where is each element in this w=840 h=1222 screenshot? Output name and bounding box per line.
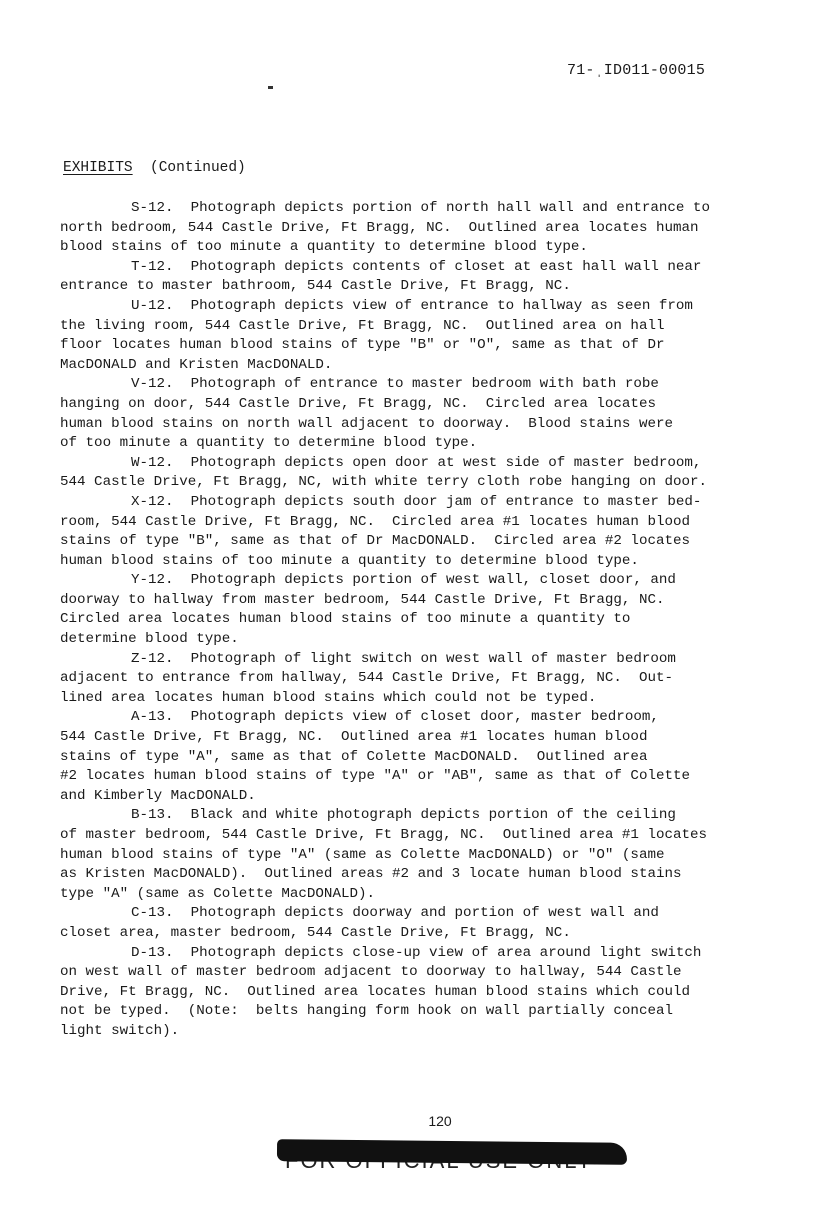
exhibit-first-line: C-13. Photograph depicts doorway and por… bbox=[60, 904, 800, 924]
exhibit-entry: S-12. Photograph depicts portion of nort… bbox=[60, 199, 800, 258]
exhibit-line: not be typed. (Note: belts hanging form … bbox=[60, 1002, 800, 1022]
document-id: 71-ˌID011-00015 bbox=[567, 62, 705, 79]
exhibit-line: room, 544 Castle Drive, Ft Bragg, NC. Ci… bbox=[60, 513, 800, 533]
exhibit-line: 544 Castle Drive, Ft Bragg, NC, with whi… bbox=[60, 473, 800, 493]
redaction-bar bbox=[277, 1139, 627, 1165]
exhibit-text: Black and white photograph depicts porti… bbox=[191, 807, 676, 823]
exhibit-text: Photograph depicts open door at west sid… bbox=[191, 455, 702, 471]
exhibit-text: Drive, Ft Bragg, NC. Outlined area locat… bbox=[60, 984, 690, 1000]
exhibit-entry: Z-12. Photograph of light switch on west… bbox=[60, 650, 800, 709]
exhibit-line: the living room, 544 Castle Drive, Ft Br… bbox=[60, 317, 800, 337]
exhibit-first-line: T-12. Photograph depicts contents of clo… bbox=[60, 258, 800, 278]
exhibit-text: adjacent to entrance from hallway, 544 C… bbox=[60, 670, 673, 686]
exhibit-first-line: B-13. Black and white photograph depicts… bbox=[60, 806, 800, 826]
exhibit-text: Photograph depicts portion of north hall… bbox=[191, 200, 710, 216]
exhibit-line: stains of type "B", same as that of Dr M… bbox=[60, 532, 800, 552]
exhibit-line: MacDONALD and Kristen MacDONALD. bbox=[60, 356, 800, 376]
exhibit-text: Photograph of entrance to master bedroom… bbox=[191, 376, 659, 392]
exhibit-text: and Kimberly MacDONALD. bbox=[60, 788, 256, 804]
exhibit-line: #2 locates human blood stains of type "A… bbox=[60, 767, 800, 787]
exhibit-line: lined area locates human blood stains wh… bbox=[60, 689, 800, 709]
exhibit-text: Photograph depicts close-up view of area… bbox=[191, 945, 702, 961]
exhibit-text: the living room, 544 Castle Drive, Ft Br… bbox=[60, 318, 665, 334]
exhibit-line: of too minute a quantity to determine bl… bbox=[60, 434, 800, 454]
exhibit-line: Circled area locates human blood stains … bbox=[60, 610, 800, 630]
exhibit-entry: V-12. Photograph of entrance to master b… bbox=[60, 375, 800, 453]
exhibit-line: stains of type "A", same as that of Cole… bbox=[60, 748, 800, 768]
exhibit-text: floor locates human blood stains of type… bbox=[60, 337, 665, 353]
exhibit-first-line: U-12. Photograph depicts view of entranc… bbox=[60, 297, 800, 317]
exhibit-text: on west wall of master bedroom adjacent … bbox=[60, 964, 682, 980]
exhibit-text: human blood stains of type "A" (same as … bbox=[60, 847, 665, 863]
exhibit-line: 544 Castle Drive, Ft Bragg, NC. Outlined… bbox=[60, 728, 800, 748]
exhibit-line: human blood stains on north wall adjacen… bbox=[60, 415, 800, 435]
exhibit-entry: W-12. Photograph depicts open door at we… bbox=[60, 454, 800, 493]
exhibit-first-line: V-12. Photograph of entrance to master b… bbox=[60, 375, 800, 395]
exhibit-text: of too minute a quantity to determine bl… bbox=[60, 435, 477, 451]
section-title: EXHIBITS bbox=[63, 160, 133, 176]
exhibit-line: Drive, Ft Bragg, NC. Outlined area locat… bbox=[60, 983, 800, 1003]
exhibit-text: stains of type "B", same as that of Dr M… bbox=[60, 533, 690, 549]
exhibit-label: D-13. bbox=[131, 945, 174, 961]
section-heading: EXHIBITS (Continued) bbox=[63, 160, 246, 176]
exhibit-line: of master bedroom, 544 Castle Drive, Ft … bbox=[60, 826, 800, 846]
exhibit-line: closet area, master bedroom, 544 Castle … bbox=[60, 924, 800, 944]
exhibit-label: T-12. bbox=[131, 259, 174, 275]
exhibit-text: type "A" (same as Colette MacDONALD). bbox=[60, 886, 375, 902]
exhibit-text: Photograph depicts portion of west wall,… bbox=[191, 572, 676, 588]
exhibit-line: and Kimberly MacDONALD. bbox=[60, 787, 800, 807]
exhibit-label: A-13. bbox=[131, 709, 174, 725]
exhibit-first-line: X-12. Photograph depicts south door jam … bbox=[60, 493, 800, 513]
exhibit-text: of master bedroom, 544 Castle Drive, Ft … bbox=[60, 827, 707, 843]
exhibit-text: as Kristen MacDONALD). Outlined areas #2… bbox=[60, 866, 682, 882]
exhibit-first-line: D-13. Photograph depicts close-up view o… bbox=[60, 944, 800, 964]
exhibit-text: lined area locates human blood stains wh… bbox=[60, 690, 596, 706]
exhibit-text: entrance to master bathroom, 544 Castle … bbox=[60, 278, 571, 294]
exhibit-line: adjacent to entrance from hallway, 544 C… bbox=[60, 669, 800, 689]
exhibit-label: B-13. bbox=[131, 807, 174, 823]
exhibit-text: Photograph of light switch on west wall … bbox=[191, 651, 676, 667]
exhibit-text: Photograph depicts view of entrance to h… bbox=[191, 298, 693, 314]
exhibit-line: on west wall of master bedroom adjacent … bbox=[60, 963, 800, 983]
exhibit-text: 544 Castle Drive, Ft Bragg, NC, with whi… bbox=[60, 474, 707, 490]
page-number: 120 bbox=[0, 1113, 840, 1129]
exhibit-first-line: S-12. Photograph depicts portion of nort… bbox=[60, 199, 800, 219]
exhibit-text: Circled area locates human blood stains … bbox=[60, 611, 630, 627]
exhibit-label: W-12. bbox=[131, 455, 174, 471]
exhibit-entry: D-13. Photograph depicts close-up view o… bbox=[60, 944, 800, 1042]
exhibit-line: human blood stains of too minute a quant… bbox=[60, 552, 800, 572]
exhibit-text: light switch). bbox=[60, 1023, 179, 1039]
exhibit-text: north bedroom, 544 Castle Drive, Ft Brag… bbox=[60, 220, 699, 236]
exhibit-text: room, 544 Castle Drive, Ft Bragg, NC. Ci… bbox=[60, 514, 690, 530]
exhibit-line: floor locates human blood stains of type… bbox=[60, 336, 800, 356]
exhibit-line: light switch). bbox=[60, 1022, 800, 1042]
exhibit-line: type "A" (same as Colette MacDONALD). bbox=[60, 885, 800, 905]
scan-mark bbox=[268, 86, 273, 89]
exhibit-entry: X-12. Photograph depicts south door jam … bbox=[60, 493, 800, 571]
exhibit-first-line: W-12. Photograph depicts open door at we… bbox=[60, 454, 800, 474]
exhibit-entry: Y-12. Photograph depicts portion of west… bbox=[60, 571, 800, 649]
exhibit-line: determine blood type. bbox=[60, 630, 800, 650]
exhibit-text: human blood stains of too minute a quant… bbox=[60, 553, 639, 569]
exhibit-entry: B-13. Black and white photograph depicts… bbox=[60, 806, 800, 904]
exhibit-entry: U-12. Photograph depicts view of entranc… bbox=[60, 297, 800, 375]
exhibit-text: human blood stains on north wall adjacen… bbox=[60, 416, 673, 432]
exhibit-label: U-12. bbox=[131, 298, 174, 314]
exhibit-label: Y-12. bbox=[131, 572, 174, 588]
exhibit-label: C-13. bbox=[131, 905, 174, 921]
exhibit-text: Photograph depicts view of closet door, … bbox=[191, 709, 659, 725]
exhibit-entry: A-13. Photograph depicts view of closet … bbox=[60, 708, 800, 806]
exhibit-text: closet area, master bedroom, 544 Castle … bbox=[60, 925, 571, 941]
exhibit-line: human blood stains of type "A" (same as … bbox=[60, 846, 800, 866]
exhibit-label: V-12. bbox=[131, 376, 174, 392]
exhibit-text: determine blood type. bbox=[60, 631, 239, 647]
exhibit-line: hanging on door, 544 Castle Drive, Ft Br… bbox=[60, 395, 800, 415]
exhibit-text: 544 Castle Drive, Ft Bragg, NC. Outlined… bbox=[60, 729, 647, 745]
exhibit-text: Photograph depicts south door jam of ent… bbox=[191, 494, 702, 510]
exhibit-text: stains of type "A", same as that of Cole… bbox=[60, 749, 647, 765]
exhibit-entry: T-12. Photograph depicts contents of clo… bbox=[60, 258, 800, 297]
exhibit-text: doorway to hallway from master bedroom, … bbox=[60, 592, 665, 608]
exhibit-text: #2 locates human blood stains of type "A… bbox=[60, 768, 690, 784]
exhibit-text: hanging on door, 544 Castle Drive, Ft Br… bbox=[60, 396, 656, 412]
exhibit-first-line: A-13. Photograph depicts view of closet … bbox=[60, 708, 800, 728]
exhibit-list: S-12. Photograph depicts portion of nort… bbox=[60, 199, 800, 1042]
exhibit-line: blood stains of too minute a quantity to… bbox=[60, 238, 800, 258]
exhibit-label: Z-12. bbox=[131, 651, 174, 667]
exhibit-label: S-12. bbox=[131, 200, 174, 216]
exhibit-label: X-12. bbox=[131, 494, 174, 510]
exhibit-entry: C-13. Photograph depicts doorway and por… bbox=[60, 904, 800, 943]
exhibit-text: Photograph depicts doorway and portion o… bbox=[191, 905, 659, 921]
exhibit-text: MacDONALD and Kristen MacDONALD. bbox=[60, 357, 332, 373]
exhibit-line: north bedroom, 544 Castle Drive, Ft Brag… bbox=[60, 219, 800, 239]
exhibit-text: blood stains of too minute a quantity to… bbox=[60, 239, 588, 255]
exhibit-line: entrance to master bathroom, 544 Castle … bbox=[60, 277, 800, 297]
exhibit-text: not be typed. (Note: belts hanging form … bbox=[60, 1003, 673, 1019]
exhibit-text: Photograph depicts contents of closet at… bbox=[191, 259, 702, 275]
exhibit-first-line: Z-12. Photograph of light switch on west… bbox=[60, 650, 800, 670]
exhibit-line: doorway to hallway from master bedroom, … bbox=[60, 591, 800, 611]
exhibit-line: as Kristen MacDONALD). Outlined areas #2… bbox=[60, 865, 800, 885]
exhibit-first-line: Y-12. Photograph depicts portion of west… bbox=[60, 571, 800, 591]
section-subtitle: (Continued) bbox=[150, 160, 246, 176]
